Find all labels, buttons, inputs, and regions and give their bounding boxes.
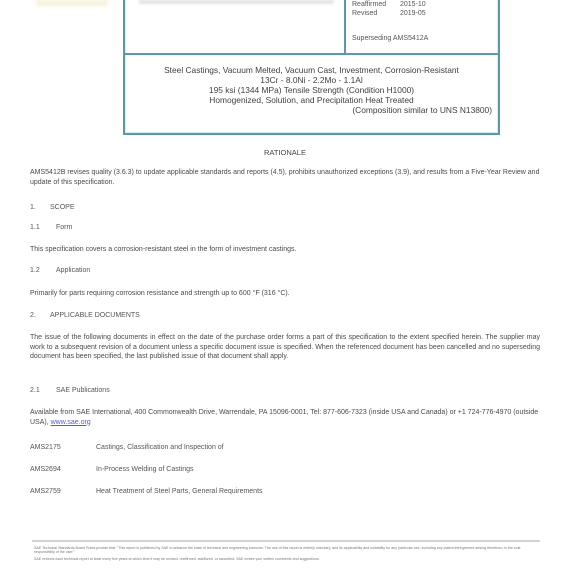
footer-disclaimer: SAE Technical Standards Board Rules prov… bbox=[34, 546, 540, 554]
section-number: 2.1 bbox=[30, 386, 56, 396]
reference-code: AMS2694 bbox=[30, 466, 96, 473]
reference-code: AMS2759 bbox=[30, 488, 96, 495]
reaffirmed-label: Reaffirmed bbox=[352, 1, 400, 8]
reference-row: AMS2175Castings, Classification and Insp… bbox=[30, 444, 224, 451]
document-title-block: Steel Castings, Vacuum Melted, Vacuum Ca… bbox=[125, 55, 498, 133]
reference-title: Heat Treatment of Steel Parts, General R… bbox=[96, 488, 263, 495]
standard-designation bbox=[139, 0, 334, 4]
revised-date: 2019-05 bbox=[400, 10, 426, 17]
section-number: 1.2 bbox=[30, 266, 56, 276]
section-2-1-text: Available from SAE International, 400 Co… bbox=[30, 408, 540, 427]
section-number: 1. bbox=[30, 203, 50, 213]
title-line-5: (Composition similar to UNS N13800) bbox=[125, 105, 498, 115]
superseding-note: Superseding AMS5412A bbox=[352, 35, 428, 42]
sae-logo bbox=[36, 0, 108, 6]
revised-label: Revised bbox=[352, 10, 400, 17]
section-1-1-text: This specification covers a corrosion-re… bbox=[30, 245, 540, 255]
reaffirmed-date: 2015-10 bbox=[400, 1, 426, 8]
section-title: Application bbox=[56, 267, 90, 274]
title-line-2: 13Cr - 8.0Ni - 2.2Mo - 1.1Al bbox=[125, 75, 498, 85]
reference-row: AMS2759Heat Treatment of Steel Parts, Ge… bbox=[30, 488, 263, 495]
reaffirmed-row: Reaffirmed2015-10 bbox=[352, 1, 426, 8]
section-2-heading: 2.APPLICABLE DOCUMENTS bbox=[30, 311, 540, 321]
rationale-heading: RATIONALE bbox=[30, 148, 540, 157]
section-title: SAE Publications bbox=[56, 387, 110, 394]
footer-review-note: SAE reviews each technical report at lea… bbox=[34, 557, 540, 561]
section-title: SCOPE bbox=[50, 204, 75, 211]
section-2-text: The issue of the following documents in … bbox=[30, 333, 540, 362]
document-header-box: Reaffirmed2015-10 Revised2019-05 Superse… bbox=[123, 0, 500, 135]
rationale-text: AMS5412B revises quality (3.6.3) to upda… bbox=[30, 168, 540, 187]
section-title: Form bbox=[56, 224, 72, 231]
reference-code: AMS2175 bbox=[30, 444, 96, 451]
title-line-4: Homogenized, Solution, and Precipitation… bbox=[125, 95, 498, 105]
footer-divider bbox=[32, 540, 540, 542]
sae-contact-text: Available from SAE International, 400 Co… bbox=[30, 409, 538, 426]
section-1-2-heading: 1.2Application bbox=[30, 266, 540, 276]
header-top-row: Reaffirmed2015-10 Revised2019-05 Superse… bbox=[125, 0, 498, 55]
section-2-1-heading: 2.1SAE Publications bbox=[30, 386, 540, 396]
reference-title: Castings, Classification and Inspection … bbox=[96, 444, 224, 451]
section-1-1-heading: 1.1Form bbox=[30, 223, 540, 233]
header-meta-cell: Reaffirmed2015-10 Revised2019-05 Superse… bbox=[346, 0, 498, 53]
reference-row: AMS2694In-Process Welding of Castings bbox=[30, 466, 194, 473]
section-number: 2. bbox=[30, 311, 50, 321]
sae-website-link[interactable]: www.sae.org bbox=[51, 419, 91, 426]
section-number: 1.1 bbox=[30, 223, 56, 233]
title-line-3: 195 ksi (1344 MPa) Tensile Strength (Con… bbox=[125, 85, 498, 95]
section-1-2-text: Primarily for parts requiring corrosion … bbox=[30, 289, 540, 299]
section-title: APPLICABLE DOCUMENTS bbox=[50, 312, 140, 319]
section-1-heading: 1.SCOPE bbox=[30, 203, 540, 213]
header-left-cell bbox=[125, 0, 346, 53]
reference-title: In-Process Welding of Castings bbox=[96, 466, 194, 473]
revised-row: Revised2019-05 bbox=[352, 10, 426, 17]
title-line-1: Steel Castings, Vacuum Melted, Vacuum Ca… bbox=[125, 65, 498, 75]
